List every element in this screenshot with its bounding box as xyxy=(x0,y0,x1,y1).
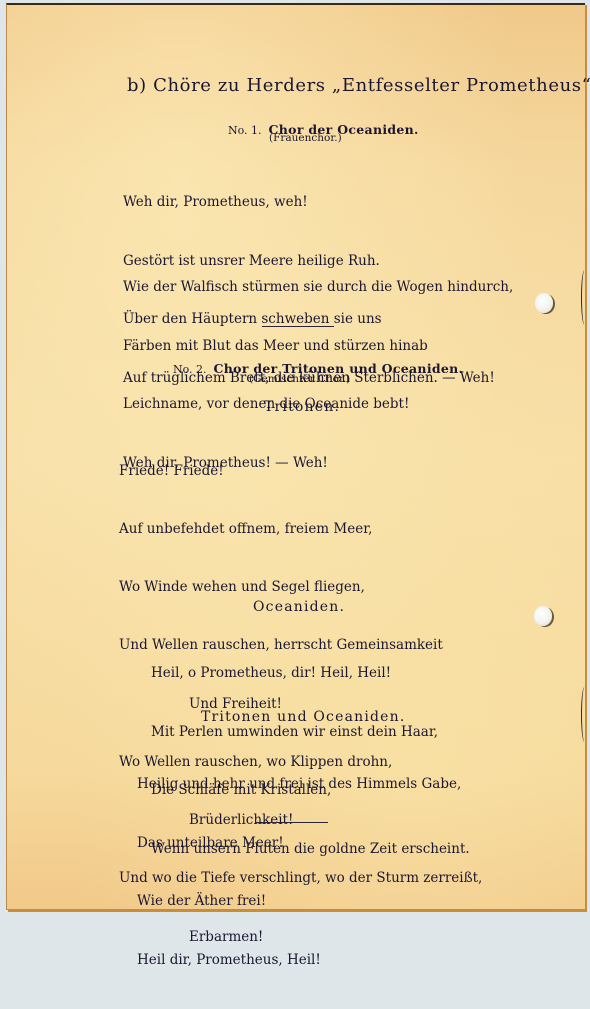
verse-line: Das unteilbare Meer! xyxy=(137,834,461,854)
verse-line: Wie der Äther frei! xyxy=(137,892,461,912)
part-tutti: Heilig und hehr und frei ist des Himmels… xyxy=(137,736,461,912)
verse-line: Wie der Walfisch stürmen sie durch die W… xyxy=(123,278,513,298)
section-2-voicing: (Gemischter Chor.) xyxy=(249,373,350,385)
verse-line: Heil, o Prometheus, dir! Heil, Heil! xyxy=(151,664,470,684)
section-number: No. 2. xyxy=(173,363,207,376)
section-number: No. 1. xyxy=(228,124,262,137)
role-heading-oceaniden: Oceaniden. xyxy=(253,599,345,615)
page-title: b) Chöre zu Herders „Entfesselter Promet… xyxy=(127,75,590,96)
end-divider xyxy=(256,822,328,823)
section-divider xyxy=(262,326,334,327)
binding-stitch-icon xyxy=(581,687,588,742)
binding-hole-icon xyxy=(534,606,552,626)
role-heading-tritonen-und-oceaniden: Tritonen und Oceaniden. xyxy=(201,709,406,725)
verse-line: Wo Winde wehen und Segel fliegen, xyxy=(119,578,482,597)
verse-line: Friede! Friede! xyxy=(119,462,482,481)
binding-stitch-icon xyxy=(581,270,588,325)
role-heading-tritonen: Tritonen. xyxy=(264,399,340,415)
verse-line: Auf unbefehdet offnem, freiem Meer, xyxy=(119,520,482,539)
section-1-voicing: (Frauenchor.) xyxy=(269,132,342,144)
verse-line: Heilig und hehr und frei ist des Himmels… xyxy=(137,775,461,795)
verse-line: Weh dir, Prometheus, weh! xyxy=(123,193,495,213)
document-page: b) Chöre zu Herders „Entfesselter Promet… xyxy=(6,3,585,910)
binding-hole-icon xyxy=(535,293,553,313)
